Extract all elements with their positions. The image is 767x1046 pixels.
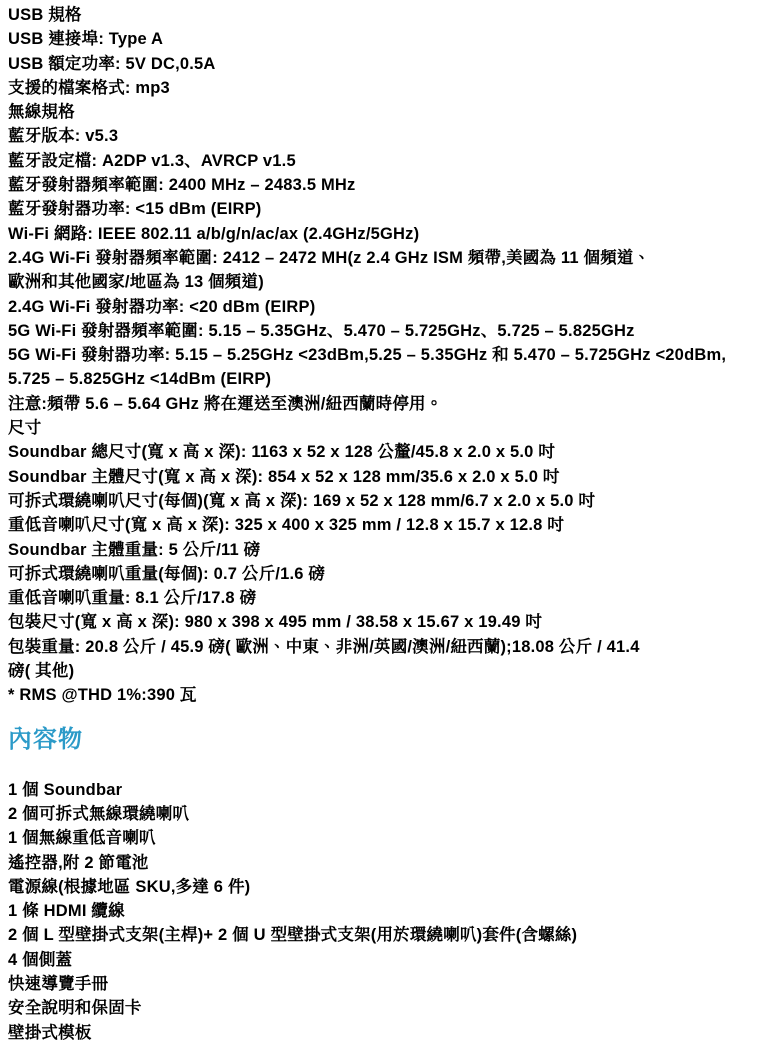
spec-line: 無線規格: [8, 100, 763, 124]
spec-line: 可拆式環繞喇叭重量(每個): 0.7 公斤/1.6 磅: [8, 562, 763, 586]
spec-line: 歐洲和其他國家/地區為 13 個頻道): [8, 270, 763, 294]
spec-line: USB 連接埠: Type A: [8, 27, 763, 51]
spec-line: 注意:頻帶 5.6 – 5.64 GHz 將在運送至澳洲/紐西蘭時停用。: [8, 392, 763, 416]
spec-line: 重低音喇叭重量: 8.1 公斤/17.8 磅: [8, 586, 763, 610]
spec-line: * RMS @THD 1%:390 瓦: [8, 683, 763, 707]
spec-line: 5G Wi-Fi 發射器頻率範圍: 5.15 – 5.35GHz、5.470 –…: [8, 319, 763, 343]
contents-list: 1 個 Soundbar 2 個可拆式無線環繞喇叭 1 個無線重低音喇叭 遙控器…: [8, 778, 763, 1045]
list-item: 1 個無線重低音喇叭: [8, 826, 763, 850]
list-item: 壁掛式模板: [8, 1021, 763, 1045]
list-item: 1 個 Soundbar: [8, 778, 763, 802]
contents-heading: 內容物: [8, 725, 763, 755]
spec-line: Wi-Fi 網路: IEEE 802.11 a/b/g/n/ac/ax (2.4…: [8, 222, 763, 246]
list-item: 1 條 HDMI 纜線: [8, 899, 763, 923]
list-item: 電源線(根據地區 SKU,多達 6 件): [8, 875, 763, 899]
spec-line: 重低音喇叭尺寸(寬 x 高 x 深): 325 x 400 x 325 mm /…: [8, 513, 763, 537]
spec-document: USB 規格 USB 連接埠: Type A USB 額定功率: 5V DC,0…: [0, 0, 767, 1045]
spec-line: 可拆式環繞喇叭尺寸(每個)(寬 x 高 x 深): 169 x 52 x 128…: [8, 489, 763, 513]
spec-line: Soundbar 總尺寸(寬 x 高 x 深): 1163 x 52 x 128…: [8, 440, 763, 464]
spec-line: 5.725 – 5.825GHz <14dBm (EIRP): [8, 367, 763, 391]
spec-line: 藍牙設定檔: A2DP v1.3、AVRCP v1.5: [8, 149, 763, 173]
spec-line: USB 額定功率: 5V DC,0.5A: [8, 52, 763, 76]
list-item: 4 個側蓋: [8, 948, 763, 972]
spec-line: Soundbar 主體尺寸(寬 x 高 x 深): 854 x 52 x 128…: [8, 465, 763, 489]
spec-line: 尺寸: [8, 416, 763, 440]
spec-line: 藍牙版本: v5.3: [8, 124, 763, 148]
spec-section: USB 規格 USB 連接埠: Type A USB 額定功率: 5V DC,0…: [8, 3, 763, 708]
list-item: 安全說明和保固卡: [8, 996, 763, 1020]
spec-line: USB 規格: [8, 3, 763, 27]
spec-line: 包裝重量: 20.8 公斤 / 45.9 磅( 歐洲、中東、非洲/英國/澳洲/紐…: [8, 635, 763, 659]
spec-line: 藍牙發射器功率: <15 dBm (EIRP): [8, 197, 763, 221]
spec-line: Soundbar 主體重量: 5 公斤/11 磅: [8, 538, 763, 562]
list-item: 快速導覽手冊: [8, 972, 763, 996]
spec-line: 包裝尺寸(寬 x 高 x 深): 980 x 398 x 495 mm / 38…: [8, 610, 763, 634]
spec-line: 2.4G Wi-Fi 發射器功率: <20 dBm (EIRP): [8, 295, 763, 319]
list-item: 2 個可拆式無線環繞喇叭: [8, 802, 763, 826]
spec-line: 5G Wi-Fi 發射器功率: 5.15 – 5.25GHz <23dBm,5.…: [8, 343, 763, 367]
spec-line: 支援的檔案格式: mp3: [8, 76, 763, 100]
list-item: 遙控器,附 2 節電池: [8, 851, 763, 875]
list-item: 2 個 L 型壁掛式支架(主桿)+ 2 個 U 型壁掛式支架(用於環繞喇叭)套件…: [8, 923, 763, 947]
spec-line: 磅( 其他): [8, 659, 763, 683]
spec-line: 藍牙發射器頻率範圍: 2400 MHz – 2483.5 MHz: [8, 173, 763, 197]
spec-line: 2.4G Wi-Fi 發射器頻率範圍: 2412 – 2472 MH(z 2.4…: [8, 246, 763, 270]
